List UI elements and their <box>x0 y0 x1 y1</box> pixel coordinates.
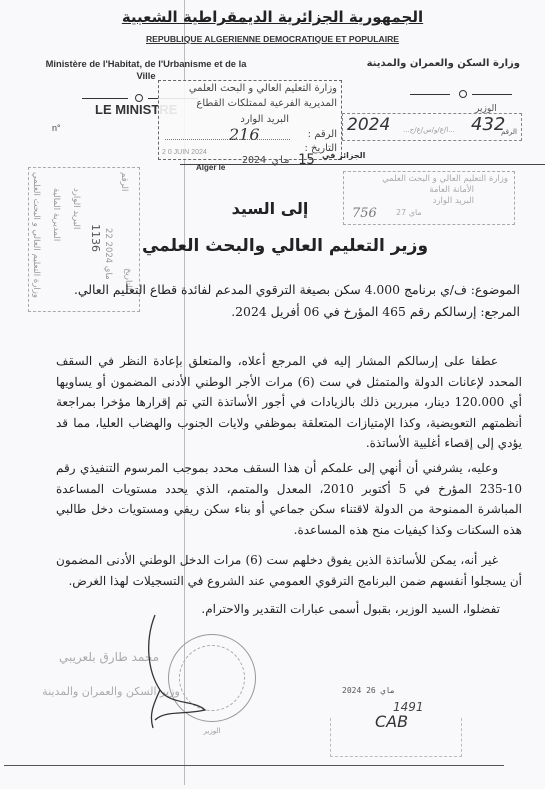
ministry-name-ar: وزارة السكن والعمران والمدينة <box>350 58 520 69</box>
republic-title-fr: REPUBLIQUE ALGERIENNE DEMOCRATIQUE ET PO… <box>0 34 545 44</box>
body-paragraph-3: غير أنه، يمكن للأساتذة الذين يفوق دخلهم … <box>56 550 522 591</box>
handwritten-signature <box>125 610 225 730</box>
ref-label-top: الوزير <box>475 104 497 114</box>
place-label-fr: Alger le <box>196 163 225 172</box>
footer-rule <box>4 765 504 766</box>
letter-reference: المرجع: إرسالكم رقم 465 المؤرخ في 06 أفر… <box>60 304 520 319</box>
separator-right <box>410 90 520 98</box>
addressee-name: وزير التعليم العالي والبحث العلمي <box>120 236 450 256</box>
ref-dots: ...ا/ع/و/س/ع/ج... <box>403 126 455 134</box>
letter-subject: الموضوع: ف/ي برنامج 4.000 سكن بصيغة التر… <box>60 282 520 297</box>
body-paragraph-2: وعليه، يشرفني أن أنهي إلى علمكم أن هذا ا… <box>56 458 522 540</box>
republic-title-ar: الجمهورية الجزائرية الديمقراطية الشعبية <box>0 8 545 26</box>
reception-stamp-box <box>330 718 462 757</box>
place-label-ar: الجزائر في <box>322 151 365 160</box>
date-year: 2024 ماي <box>242 155 290 166</box>
ministry-name-fr: Ministère de l'Habitat, de l'Urbanisme e… <box>36 58 256 82</box>
ref-year: 2024 <box>347 115 390 135</box>
stamp-line: وزارة التعليم العالي و البحث العلمي <box>189 83 337 94</box>
stamp-line: البريد الوارد <box>240 114 289 125</box>
dotted-line <box>165 139 290 140</box>
reference-number-box: 2024 ...ا/ع/و/س/ع/ج... 432 الوزير الرقم <box>342 113 522 141</box>
stamp-date-faint: 2 0 JUIN 2024 <box>162 149 207 156</box>
number-label-fr: n° <box>52 123 61 133</box>
stamp-number-value: 216 <box>229 125 260 144</box>
date-underline <box>180 164 545 165</box>
ref-label-bottom: الرقم <box>501 128 517 136</box>
date-day: 15 <box>298 152 315 168</box>
stamp-line: المديرية الفرعية لممتلكات القطاع <box>196 98 337 109</box>
secretariat-stamp: وزارة التعليم العالي و البحث العلمي الأم… <box>343 171 515 225</box>
body-paragraph-1: عطفا على إرسالكم المشار إليه في المرجع أ… <box>56 351 522 454</box>
stamp-date: 27 ماي <box>396 208 422 217</box>
page-edge <box>545 0 559 789</box>
stamp-number-label: الرقم : <box>308 129 337 140</box>
addressee-salutation: إلى السيد <box>180 199 360 218</box>
reception-date: 2024 ماي 26 <box>342 686 395 695</box>
incoming-mail-stamp: وزارة التعليم العالي و البحث العلمي المد… <box>158 80 342 160</box>
